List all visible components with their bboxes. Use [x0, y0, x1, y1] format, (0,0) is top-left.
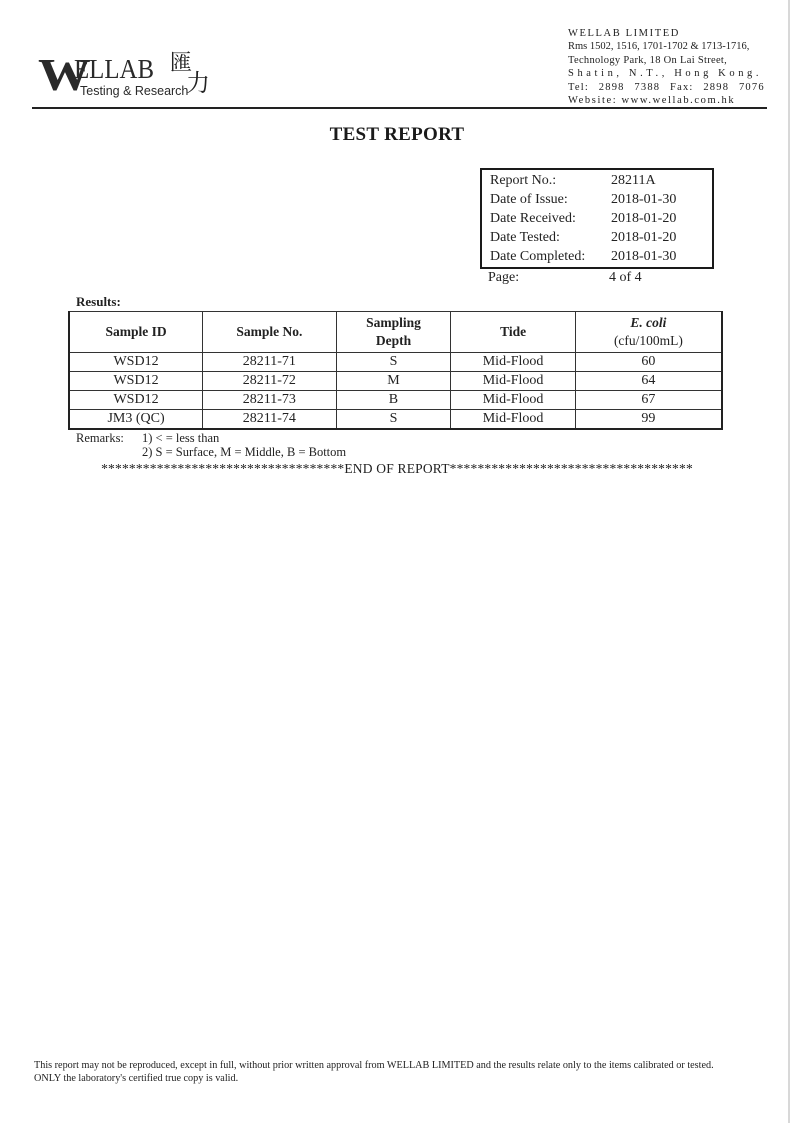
- results-table: Sample ID Sample No. Sampling Depth Tide…: [68, 311, 723, 430]
- header-divider: [32, 107, 767, 109]
- info-label: Date Tested:: [490, 228, 611, 247]
- header-sample-no: Sample No.: [203, 312, 337, 353]
- footer-disclaimer: This report may not be reproduced, excep…: [34, 1059, 774, 1085]
- footer-line: This report may not be reproduced, excep…: [34, 1059, 774, 1072]
- table-row: WSD1228211-71SMid-Flood60: [69, 353, 722, 372]
- remark-item: 2) S = Surface, M = Middle, B = Bottom: [76, 445, 346, 459]
- header-ecoli: E. coli (cfu/100mL): [575, 312, 722, 353]
- header-ecoli-unit: (cfu/100mL): [576, 332, 721, 350]
- cell-sample-no: 28211-72: [203, 372, 337, 391]
- cell-sample-no: 28211-73: [203, 391, 337, 410]
- header-ecoli-name: E. coli: [576, 314, 721, 332]
- cell-sample-no: 28211-74: [203, 410, 337, 430]
- company-address-block: WELLAB LIMITED Rms 1502, 1516, 1701-1702…: [568, 27, 768, 107]
- logo-brand: ELLAB: [74, 56, 154, 83]
- page-title: TEST REPORT: [0, 124, 794, 146]
- cell-ecoli: 60: [575, 353, 722, 372]
- remarks-label: Remarks:: [76, 431, 142, 445]
- cell-depth: S: [336, 410, 451, 430]
- contact-line: Tel: 2898 7388 Fax: 2898 7076: [568, 81, 768, 94]
- header-depth-line2: Depth: [337, 332, 451, 350]
- header-sample-id: Sample ID: [69, 312, 203, 353]
- info-label: Report No.:: [490, 171, 611, 190]
- footer-line: ONLY the laboratory's certified true cop…: [34, 1072, 774, 1085]
- end-of-report-marker: ***********************************END O…: [0, 461, 794, 477]
- cell-depth: B: [336, 391, 451, 410]
- header-depth-line1: Sampling: [337, 314, 451, 332]
- cell-sample-id: WSD12: [69, 391, 203, 410]
- header-tide: Tide: [451, 312, 576, 353]
- address-line: Rms 1502, 1516, 1701-1702 & 1713-1716,: [568, 40, 768, 53]
- table-row: WSD1228211-72MMid-Flood64: [69, 372, 722, 391]
- info-row-date-received: Date Received:2018-01-20: [490, 209, 676, 228]
- info-row-date-tested: Date Tested:2018-01-20: [490, 228, 676, 247]
- table-row: WSD1228211-73BMid-Flood67: [69, 391, 722, 410]
- info-row-report-no: Report No.:28211A: [490, 171, 656, 190]
- cell-ecoli: 64: [575, 372, 722, 391]
- cell-sample-id: WSD12: [69, 372, 203, 391]
- cell-depth: S: [336, 353, 451, 372]
- cell-tide: Mid-Flood: [451, 372, 576, 391]
- page-number-row: Page:4 of 4: [488, 268, 642, 287]
- page-label: Page:: [488, 268, 609, 287]
- info-label: Date Received:: [490, 209, 611, 228]
- info-label: Date of Issue:: [490, 190, 611, 209]
- info-value: 2018-01-20: [611, 211, 676, 226]
- cell-sample-id: WSD12: [69, 353, 203, 372]
- address-line: Shatin, N.T., Hong Kong.: [568, 67, 768, 80]
- results-heading: Results:: [76, 294, 121, 310]
- company-logo: W ELLAB 匯 力 Testing & Research: [38, 48, 228, 103]
- info-value: 28211A: [611, 173, 656, 188]
- cell-tide: Mid-Flood: [451, 353, 576, 372]
- scan-edge-shadow: [788, 0, 790, 1123]
- cell-ecoli: 67: [575, 391, 722, 410]
- remark-item: 1) < = less than: [142, 431, 219, 445]
- company-name: WELLAB LIMITED: [568, 27, 768, 40]
- address-line: Technology Park, 18 On Lai Street,: [568, 54, 768, 67]
- remarks-block: Remarks:1) < = less than 2) S = Surface,…: [76, 431, 346, 459]
- cell-tide: Mid-Flood: [451, 410, 576, 430]
- info-value: 2018-01-20: [611, 230, 676, 245]
- cell-depth: M: [336, 372, 451, 391]
- cell-sample-id: JM3 (QC): [69, 410, 203, 430]
- website-line: Website: www.wellab.com.hk: [568, 94, 768, 107]
- cell-ecoli: 99: [575, 410, 722, 430]
- table-header-row: Sample ID Sample No. Sampling Depth Tide…: [69, 312, 722, 353]
- page-value: 4 of 4: [609, 270, 642, 285]
- report-info-box: Report No.:28211A Date of Issue:2018-01-…: [480, 168, 714, 269]
- info-row-date-completed: Date Completed:2018-01-30: [490, 247, 676, 266]
- logo-chinese-bottom: 力: [186, 71, 210, 95]
- info-value: 2018-01-30: [611, 249, 676, 264]
- logo-tagline: Testing & Research: [80, 84, 188, 98]
- table-row: JM3 (QC)28211-74SMid-Flood99: [69, 410, 722, 430]
- cell-tide: Mid-Flood: [451, 391, 576, 410]
- info-row-date-of-issue: Date of Issue:2018-01-30: [490, 190, 676, 209]
- cell-sample-no: 28211-71: [203, 353, 337, 372]
- header-sampling-depth: Sampling Depth: [336, 312, 451, 353]
- info-value: 2018-01-30: [611, 192, 676, 207]
- info-label: Date Completed:: [490, 247, 611, 266]
